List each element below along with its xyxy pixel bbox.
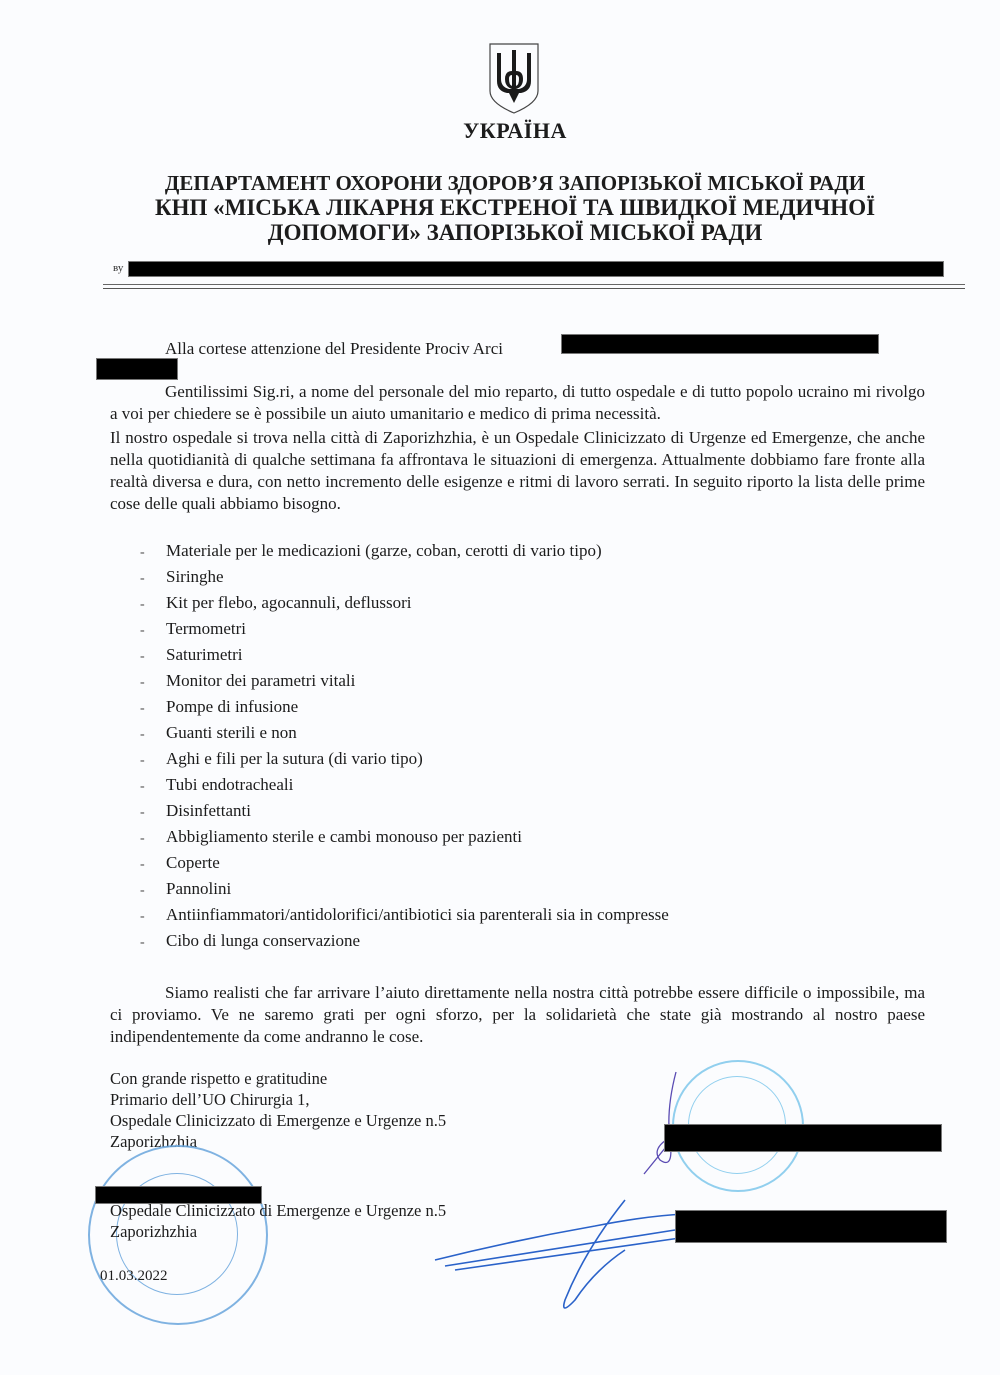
list-bullet: - <box>140 800 166 826</box>
needs-list-item: -Aghi e fili per la sutura (di vario tip… <box>140 746 669 772</box>
needs-list-item-text: Cibo di lunga conservazione <box>166 931 360 950</box>
signoff-line: Con grande rispetto e gratitudine <box>110 1068 446 1089</box>
needs-list-item: -Saturimetri <box>140 642 669 668</box>
list-bullet: - <box>140 878 166 904</box>
signer-hospital-2: Ospedale Clinicizzato di Emergenze e Urg… <box>110 1200 446 1221</box>
closing-paragraph: Siamo realisti che far arrivare l’aiuto … <box>110 982 925 1048</box>
signer-title: Primario dell’UO Chirurgia 1, <box>110 1089 446 1110</box>
needs-list-item-text: Antiinfiammatori/antidolorifici/antibiot… <box>166 905 669 924</box>
needs-list-item-text: Pannolini <box>166 879 231 898</box>
department-name: ДЕПАРТАМЕНТ ОХОРОНИ ЗДОРОВ’Я ЗАПОРІЗЬКОЇ… <box>0 171 1000 196</box>
needs-list-item-text: Aghi e fili per la sutura (di vario tipo… <box>166 749 423 768</box>
signature-block-primary: Con grande rispetto e gratitudine Primar… <box>110 1068 446 1152</box>
needs-list-item-text: Termometri <box>166 619 246 638</box>
address-prefix: ву <box>113 262 123 274</box>
needs-list-item: -Antiinfiammatori/antidolorifici/antibio… <box>140 902 669 928</box>
signer-city-2: Zaporizhzhia <box>110 1221 446 1242</box>
needs-list-item-text: Abbigliamento sterile e cambi monouso pe… <box>166 827 522 846</box>
needs-list-item-text: Coperte <box>166 853 220 872</box>
header-divider <box>103 284 965 285</box>
needs-list-item: -Abbigliamento sterile e cambi monouso p… <box>140 824 669 850</box>
list-bullet: - <box>140 670 166 696</box>
needs-list-item-text: Siringhe <box>166 567 224 586</box>
list-bullet: - <box>140 904 166 930</box>
attention-line: Alla cortese attenzione del Presidente P… <box>165 338 503 360</box>
needs-list-item-text: Saturimetri <box>166 645 242 664</box>
needs-list-item: -Kit per flebo, agocannuli, deflussori <box>140 590 669 616</box>
needs-list-item-text: Materiale per le medicazioni (garze, cob… <box>166 541 602 560</box>
needs-list-item-text: Tubi endotracheali <box>166 775 293 794</box>
needs-list-item: -Disinfettanti <box>140 798 669 824</box>
signer-hospital: Ospedale Clinicizzato di Emergenze e Urg… <box>110 1110 446 1131</box>
list-bullet: - <box>140 644 166 670</box>
needs-list-item: -Pompe di infusione <box>140 694 669 720</box>
needs-list-item: -Tubi endotracheali <box>140 772 669 798</box>
redacted-signer-name-right-2 <box>675 1210 947 1243</box>
needs-list-item: -Termometri <box>140 616 669 642</box>
handwritten-signature-2 <box>425 1190 695 1320</box>
list-bullet: - <box>140 722 166 748</box>
needs-list-item: -Guanti sterili e non <box>140 720 669 746</box>
list-bullet: - <box>140 852 166 878</box>
redacted-signer-name-right <box>664 1124 942 1152</box>
list-bullet: - <box>140 930 166 956</box>
list-bullet: - <box>140 774 166 800</box>
redacted-address <box>128 261 944 277</box>
header-divider-secondary <box>103 288 965 289</box>
greeting-paragraph: Gentilissimi Sig.ri, a nome del personal… <box>110 381 925 425</box>
list-bullet: - <box>140 592 166 618</box>
redacted-recipient-name <box>561 334 879 354</box>
list-bullet: - <box>140 618 166 644</box>
redacted-recipient-name-cont <box>96 358 178 380</box>
needs-list: -Materiale per le medicazioni (garze, co… <box>140 538 669 954</box>
context-paragraph: Il nostro ospedale si trova nella città … <box>110 427 925 515</box>
hospital-name-line-2: ДОПОМОГИ» ЗАПОРІЗЬКОЇ МІСЬКОЇ РАДИ <box>0 220 1000 246</box>
needs-list-item-text: Guanti sterili e non <box>166 723 297 742</box>
needs-list-item: -Pannolini <box>140 876 669 902</box>
hospital-name-line-1: КНП «МІСЬКА ЛІКАРНЯ ЕКСТРЕНОЇ ТА ШВИДКОЇ… <box>0 195 1000 221</box>
list-bullet: - <box>140 696 166 722</box>
needs-list-item-text: Pompe di infusione <box>166 697 298 716</box>
needs-list-item: -Materiale per le medicazioni (garze, co… <box>140 538 669 564</box>
signature-block-secondary: Ospedale Clinicizzato di Emergenze e Urg… <box>110 1200 446 1242</box>
document-date: 01.03.2022 <box>100 1266 168 1287</box>
needs-list-item-text: Monitor dei parametri vitali <box>166 671 355 690</box>
list-bullet: - <box>140 540 166 566</box>
needs-list-item: -Coperte <box>140 850 669 876</box>
list-bullet: - <box>140 748 166 774</box>
needs-list-item: -Monitor dei parametri vitali <box>140 668 669 694</box>
list-bullet: - <box>140 566 166 592</box>
needs-list-item: -Siringhe <box>140 564 669 590</box>
needs-list-item-text: Kit per flebo, agocannuli, deflussori <box>166 593 412 612</box>
needs-list-item: -Cibo di lunga conservazione <box>140 928 669 954</box>
trident-coat-of-arms-icon <box>487 41 541 115</box>
country-title: УКРАЇНА <box>0 118 1000 144</box>
needs-list-item-text: Disinfettanti <box>166 801 251 820</box>
list-bullet: - <box>140 826 166 852</box>
